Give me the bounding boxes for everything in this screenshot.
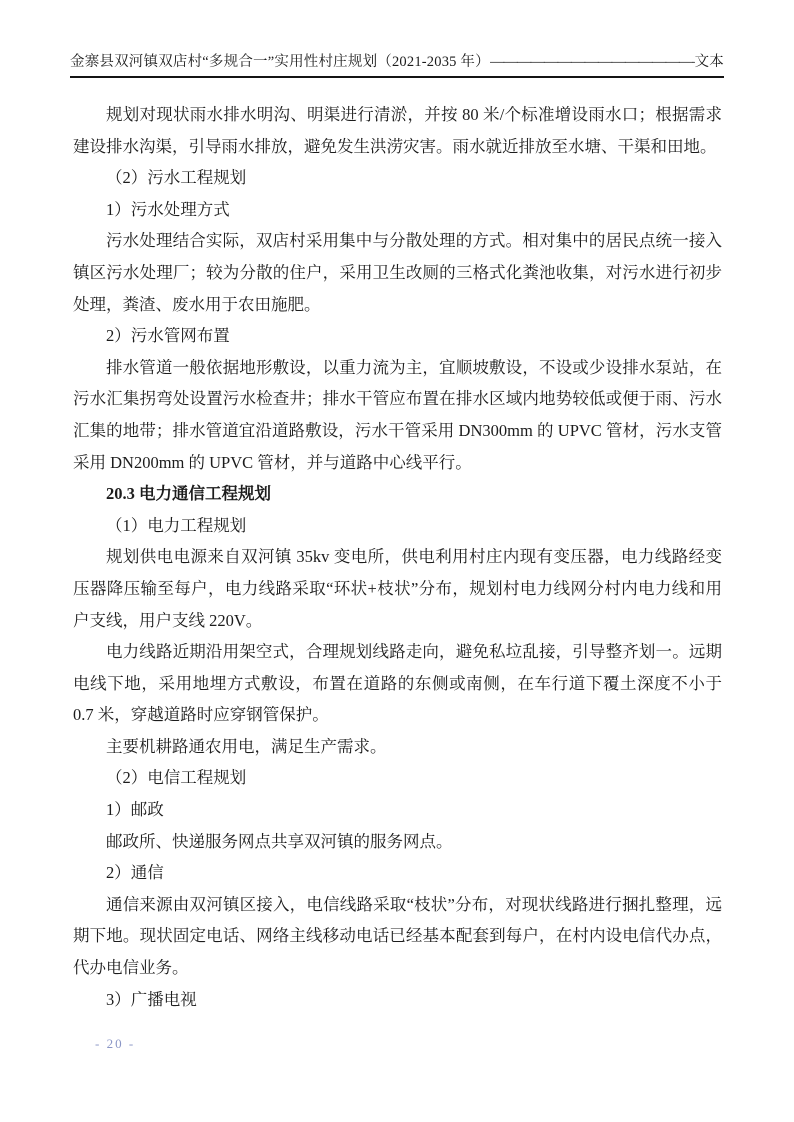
- section-heading: 20.3 电力通信工程规划: [73, 478, 722, 510]
- list-item-heading: 1）污水处理方式: [73, 194, 722, 226]
- list-item-heading: 2）通信: [73, 857, 722, 889]
- list-item-heading: 1）邮政: [73, 794, 722, 826]
- list-item-heading: 2）污水管网布置: [73, 320, 722, 352]
- paragraph: 排水管道一般依据地形敷设，以重力流为主，宜顺坡敷设，不设或少设排水泵站，在污水汇…: [73, 352, 722, 478]
- paragraph: 污水处理结合实际，双店村采用集中与分散处理的方式。相对集中的居民点统一接入镇区污…: [73, 225, 722, 320]
- document-page: 金寨县双河镇双店村“多规合一”实用性村庄规划（2021-2035 年） ————…: [0, 0, 794, 1122]
- paragraph: 主要机耕路通农用电，满足生产需求。: [73, 731, 722, 763]
- header-dash-fill: ——————————————————————————————: [490, 54, 695, 71]
- paragraph: 电力线路近期沿用架空式，合理规划线路走向，避免私垃乱接，引导整齐划一。远期电线下…: [73, 636, 722, 731]
- list-item-heading: （2）污水工程规划: [73, 162, 722, 194]
- header-doc-type-label: 文本: [695, 50, 724, 71]
- paragraph: 规划供电电源来自双河镇 35kv 变电所，供电利用村庄内现有变压器，电力线路经变…: [73, 541, 722, 636]
- page-header: 金寨县双河镇双店村“多规合一”实用性村庄规划（2021-2035 年） ————…: [70, 50, 724, 78]
- list-item-heading: （1）电力工程规划: [73, 510, 722, 542]
- list-item-heading: （2）电信工程规划: [73, 762, 722, 794]
- paragraph: 邮政所、快递服务网点共享双河镇的服务网点。: [73, 826, 722, 858]
- list-item-heading: 3）广播电视: [73, 984, 722, 1016]
- document-body: 规划对现状雨水排水明沟、明渠进行清淤，并按 80 米/个标准增设雨水口；根据需求…: [73, 99, 722, 1015]
- paragraph: 规划对现状雨水排水明沟、明渠进行清淤，并按 80 米/个标准增设雨水口；根据需求…: [73, 99, 722, 162]
- header-title: 金寨县双河镇双店村“多规合一”实用性村庄规划（2021-2035 年）: [70, 50, 490, 71]
- paragraph: 通信来源由双河镇区接入，电信线路采取“枝状”分布，对现状线路进行捆扎整理，远期下…: [73, 889, 722, 984]
- page-number: - 20 -: [95, 1036, 135, 1052]
